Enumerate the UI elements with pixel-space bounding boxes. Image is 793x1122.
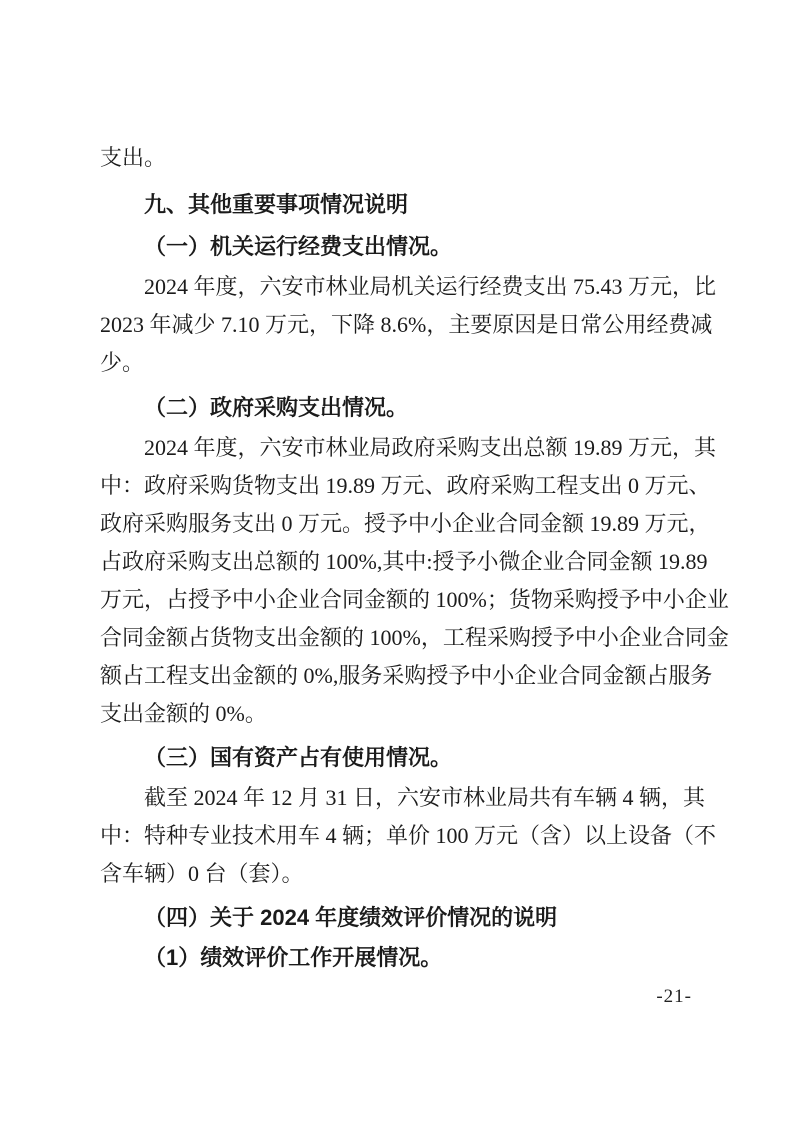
- paragraph-government-procurement: 2024 年度，六安市林业局政府采购支出总额 19.89 万元，其 中：政府采购…: [100, 429, 700, 733]
- heading-other-important-matters: 九、其他重要事项情况说明: [100, 186, 700, 224]
- heading-performance-evaluation: （四）关于 2024 年度绩效评价情况的说明: [100, 899, 700, 937]
- text-line: 额占工程支出金额的 0%,服务采购授予中小企业合同金额占服务: [100, 657, 700, 695]
- text-line: 支出金额的 0%。: [100, 695, 700, 733]
- paragraph-operating-expenses: 2024 年度，六安市林业局机关运行经费支出 75.43 万元，比 2023 年…: [100, 268, 700, 382]
- page-number: -21-: [656, 986, 692, 1008]
- heading-government-procurement: （二）政府采购支出情况。: [100, 389, 700, 427]
- document-page: 支出。 九、其他重要事项情况说明 （一）机关运行经费支出情况。 2024 年度，…: [0, 0, 793, 1122]
- text-line: 2024 年度，六安市林业局机关运行经费支出 75.43 万元，比: [100, 268, 700, 306]
- document-body: 支出。 九、其他重要事项情况说明 （一）机关运行经费支出情况。 2024 年度，…: [100, 137, 700, 977]
- text-line: 合同金额占货物支出金额的 100%，工程采购授予中小企业合同金: [100, 619, 700, 657]
- heading-performance-evaluation-work: （1）绩效评价工作开展情况。: [100, 939, 700, 977]
- paragraph-continuation: 支出。: [100, 139, 700, 177]
- heading-state-owned-assets: （三）国有资产占有使用情况。: [100, 739, 700, 777]
- text-line: 2024 年度，六安市林业局政府采购支出总额 19.89 万元，其: [100, 429, 700, 467]
- text-line: 2023 年减少 7.10 万元，下降 8.6%，主要原因是日常公用经费减: [100, 306, 700, 344]
- text-line: 中：特种专业技术用车 4 辆；单价 100 万元（含）以上设备（不: [100, 817, 700, 855]
- text-line: 政府采购服务支出 0 万元。授予中小企业合同金额 19.89 万元，: [100, 505, 700, 543]
- text-line: 占政府采购支出总额的 100%,其中:授予小微企业合同金额 19.89: [100, 543, 700, 581]
- paragraph-state-owned-assets: 截至 2024 年 12 月 31 日，六安市林业局共有车辆 4 辆，其 中：特…: [100, 779, 700, 893]
- text-line: 支出。: [100, 139, 700, 177]
- text-line: 万元，占授予中小企业合同金额的 100%；货物采购授予中小企业: [100, 581, 700, 619]
- text-line: 中：政府采购货物支出 19.89 万元、政府采购工程支出 0 万元、: [100, 467, 700, 505]
- heading-agency-operating-expenses: （一）机关运行经费支出情况。: [100, 228, 700, 266]
- text-line: 少。: [100, 344, 700, 382]
- text-line: 含车辆）0 台（套）。: [100, 855, 700, 893]
- text-line: 截至 2024 年 12 月 31 日，六安市林业局共有车辆 4 辆，其: [100, 779, 700, 817]
